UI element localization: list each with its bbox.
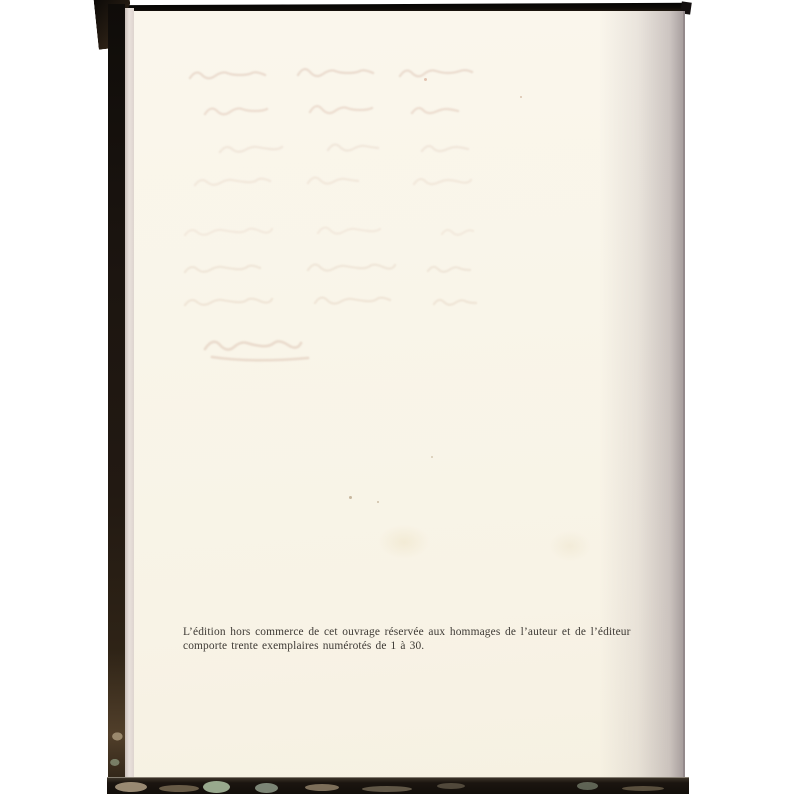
marble-blob	[622, 786, 664, 791]
colophon-line-1: L’édition hors commerce de cet ouvrage r…	[183, 626, 641, 640]
photo-background: L’édition hors commerce de cet ouvrage r…	[0, 0, 800, 800]
colophon-line-2: comporte trente exemplaires numérotés de…	[183, 640, 641, 654]
book-photo	[105, 0, 690, 794]
cover-left-marble-patch	[108, 726, 125, 778]
book-page	[134, 11, 685, 779]
marble-blob	[362, 786, 412, 792]
colophon: L’édition hors commerce de cet ouvrage r…	[183, 626, 641, 653]
fore-edge-shadow	[599, 11, 685, 779]
marble-blob	[577, 782, 598, 790]
marble-blob	[305, 784, 339, 791]
page-stack-edge	[125, 8, 134, 780]
marble-blob	[203, 781, 230, 793]
marble-blob	[437, 783, 465, 789]
marble-blob	[159, 785, 199, 792]
marble-blob	[255, 783, 278, 793]
fore-edge-line	[683, 11, 685, 779]
cover-left-edge	[108, 4, 125, 790]
marble-blob	[115, 782, 147, 792]
cover-bottom-marbled-edge	[107, 777, 689, 794]
